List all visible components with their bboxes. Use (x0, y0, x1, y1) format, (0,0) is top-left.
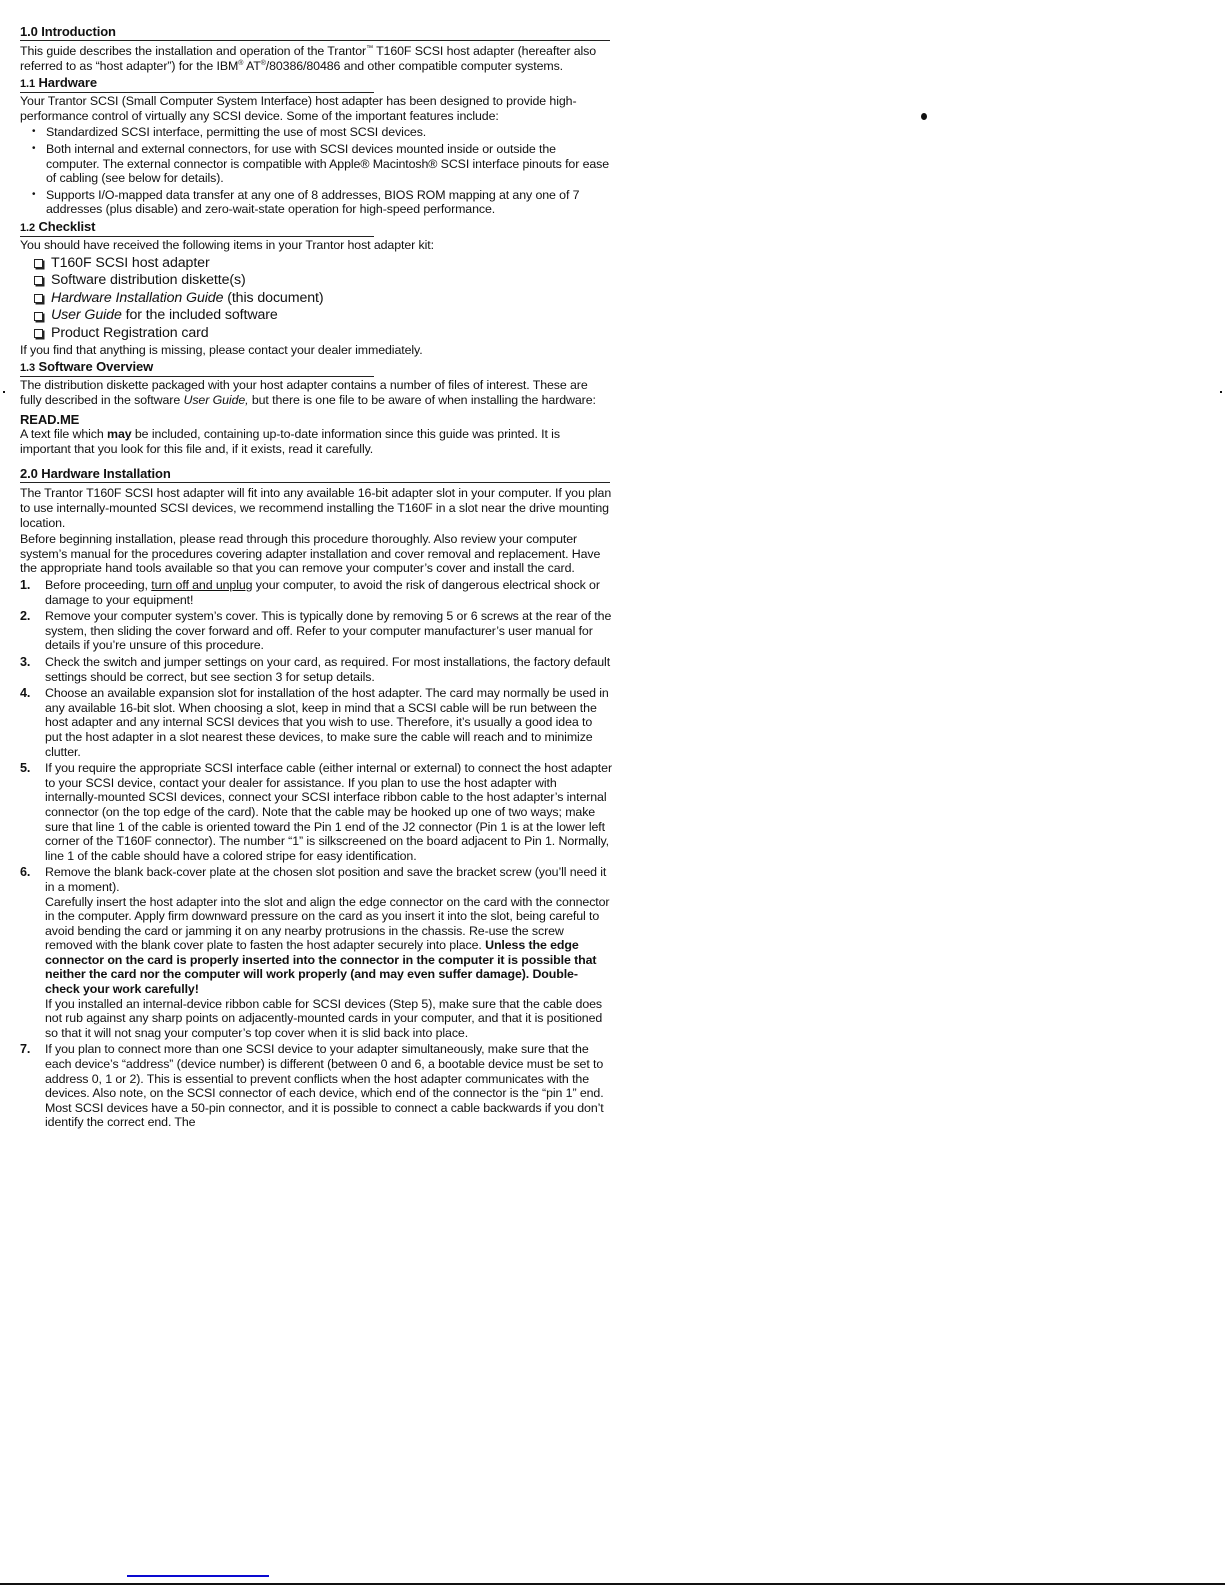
scan-speck (3, 391, 5, 393)
scroll-indicator-bar (127, 1575, 269, 1577)
feature-list: Standardized SCSI interface, permitting … (20, 125, 612, 217)
step-number: 7. (20, 1042, 30, 1057)
step-item: 7.If you plan to connect more than one S… (20, 1042, 612, 1130)
checkbox-icon (34, 276, 43, 285)
trademark-symbol: ™ (366, 45, 373, 52)
step-item: 5.If you require the appropriate SCSI in… (20, 761, 612, 863)
step-number: 6. (20, 865, 30, 880)
section-heading-checklist: 1.2 Checklist (20, 219, 374, 237)
feature-item: Both internal and external connectors, f… (32, 142, 612, 186)
step-item: 4.Choose an available expansion slot for… (20, 686, 612, 759)
step-item: 3.Check the switch and jumper settings o… (20, 655, 612, 684)
scan-speck (1220, 391, 1222, 393)
section-heading-introduction: 1.0 Introduction (20, 24, 610, 41)
step-6-cable-paragraph: If you installed an internal-device ribb… (45, 997, 612, 1041)
step-number: 5. (20, 761, 30, 776)
checkbox-icon (34, 312, 43, 321)
software-paragraph: The distribution diskette packaged with … (20, 378, 612, 407)
checkbox-icon (34, 329, 43, 338)
install-paragraph-1: The Trantor T160F SCSI host adapter will… (20, 486, 612, 530)
intro-paragraph: This guide describes the installation an… (20, 44, 612, 73)
install-paragraph-2: Before beginning installation, please re… (20, 532, 612, 576)
step-item: 1.Before proceeding, turn off and unplug… (20, 578, 612, 607)
checklist-intro: You should have received the following i… (20, 238, 612, 253)
hardware-paragraph: Your Trantor SCSI (Small Computer System… (20, 94, 612, 123)
step-number: 3. (20, 655, 30, 670)
readme-heading: READ.ME (20, 413, 612, 427)
scan-speck (921, 113, 927, 120)
checkbox-icon (34, 294, 43, 303)
step-number: 1. (20, 578, 30, 593)
feature-item: Supports I/O-mapped data transfer at any… (32, 188, 612, 217)
section-heading-hardware-installation: 2.0 Hardware Installation (20, 466, 610, 483)
checklist-item: Hardware Installation Guide (this docume… (34, 290, 612, 308)
checkbox-icon (34, 259, 43, 268)
step-item: 2.Remove your computer system’s cover. T… (20, 609, 612, 653)
document-page: 1.0 Introduction This guide describes th… (20, 24, 612, 1132)
step-6-insert-paragraph: Carefully insert the host adapter into t… (45, 895, 612, 997)
section-heading-hardware: 1.1 Hardware (20, 75, 374, 93)
section-heading-software-overview: 1.3 Software Overview (20, 359, 374, 377)
checklist-outro: If you find that anything is missing, pl… (20, 343, 612, 358)
feature-item: Standardized SCSI interface, permitting … (32, 125, 612, 140)
kit-checklist: T160F SCSI host adapter Software distrib… (20, 255, 612, 343)
checklist-item: Product Registration card (34, 325, 612, 343)
checklist-item: T160F SCSI host adapter (34, 255, 612, 273)
installation-steps: 1.Before proceeding, turn off and unplug… (20, 578, 612, 1130)
readme-paragraph: A text file which may be included, conta… (20, 427, 612, 456)
step-number: 4. (20, 686, 30, 701)
step-item: 6.Remove the blank back-cover plate at t… (20, 865, 612, 1040)
step-number: 2. (20, 609, 30, 624)
checklist-item: Software distribution diskette(s) (34, 272, 612, 290)
checklist-item: User Guide for the included software (34, 307, 612, 325)
